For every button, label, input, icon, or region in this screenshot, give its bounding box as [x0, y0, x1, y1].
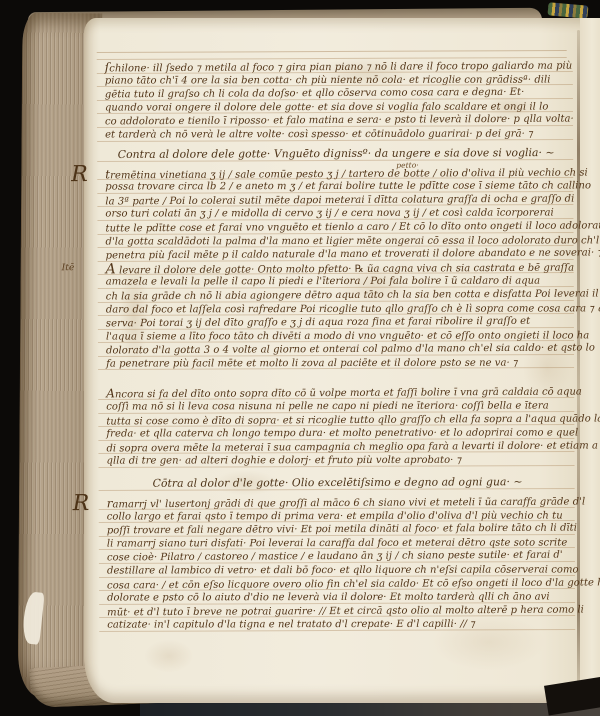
recipe-heading: Contra al dolore dele gotte· Vnguēto dig… — [105, 145, 567, 163]
paragraph-block: ſchilone· ill ſsedo ⁊ metila al foco ⁊ g… — [105, 59, 567, 143]
paragraph-block: tremētina vinetiana ʒ ij / sale comūe pe… — [105, 166, 567, 263]
table-surface — [140, 703, 600, 716]
margin-note: Itē — [62, 262, 75, 276]
recipe-heading: Cōtra al dolor d'le gotte· Olio excelēti… — [107, 474, 569, 492]
margin-initial: R — [73, 494, 90, 514]
manuscript-line-text: qlla di tre gen· ad alteri doghie e dolo… — [106, 454, 461, 468]
next-leaf-edge — [580, 18, 600, 703]
text-block: ſchilone· ill ſsedo ⁊ metila al foco ⁊ g… — [105, 59, 569, 633]
paragraph-block: A levare il dolore dele gotte· Onto molt… — [106, 261, 568, 372]
photo-background: ſchilone· ill ſsedo ⁊ metila al foco ⁊ g… — [0, 0, 600, 716]
manuscript-line-text: catizate· in'l capitulo d'la tigna e nel… — [107, 618, 475, 632]
manuscript-line: qlla di tre gen· ad alteri doghie e dolo… — [106, 453, 568, 469]
manuscript-line: fa penetrare più facil mēte et molto li … — [106, 356, 568, 372]
manuscript-page: ſchilone· ill ſsedo ⁊ metila al foco ⁊ g… — [84, 18, 600, 703]
margin-initial: R — [71, 165, 88, 185]
recipe-heading-block: Contra al dolore dele gotte· Vnguēto dig… — [105, 145, 567, 163]
paragraph-block: Ancora si fa del dīto onto sopra dīto cō… — [106, 385, 568, 469]
page-stain — [136, 634, 202, 678]
manuscript-line: et tarderà ch nō verà le altre volte· co… — [105, 127, 567, 143]
manuscript-line: catizate· in'l capitulo d'la tigna e nel… — [107, 617, 569, 633]
manuscript-line-text: fa penetrare più facil mēte et molto li … — [106, 357, 518, 372]
gutter-crease — [577, 30, 580, 692]
recipe-heading-block: Cōtra al dolor d'le gotte· Olio excelēti… — [107, 474, 569, 492]
endband — [548, 2, 589, 18]
paragraph-block: ramarrj vl' lusertonj grādi di que groſſ… — [107, 495, 570, 633]
interlinear-correction: petto· — [396, 158, 419, 172]
manuscript-line-text: et tarderà ch nō verà le altre volte· co… — [105, 128, 533, 143]
manuscript-line-text: coſſì ma nō si li leva cosa nisuna ni pe… — [106, 400, 548, 415]
